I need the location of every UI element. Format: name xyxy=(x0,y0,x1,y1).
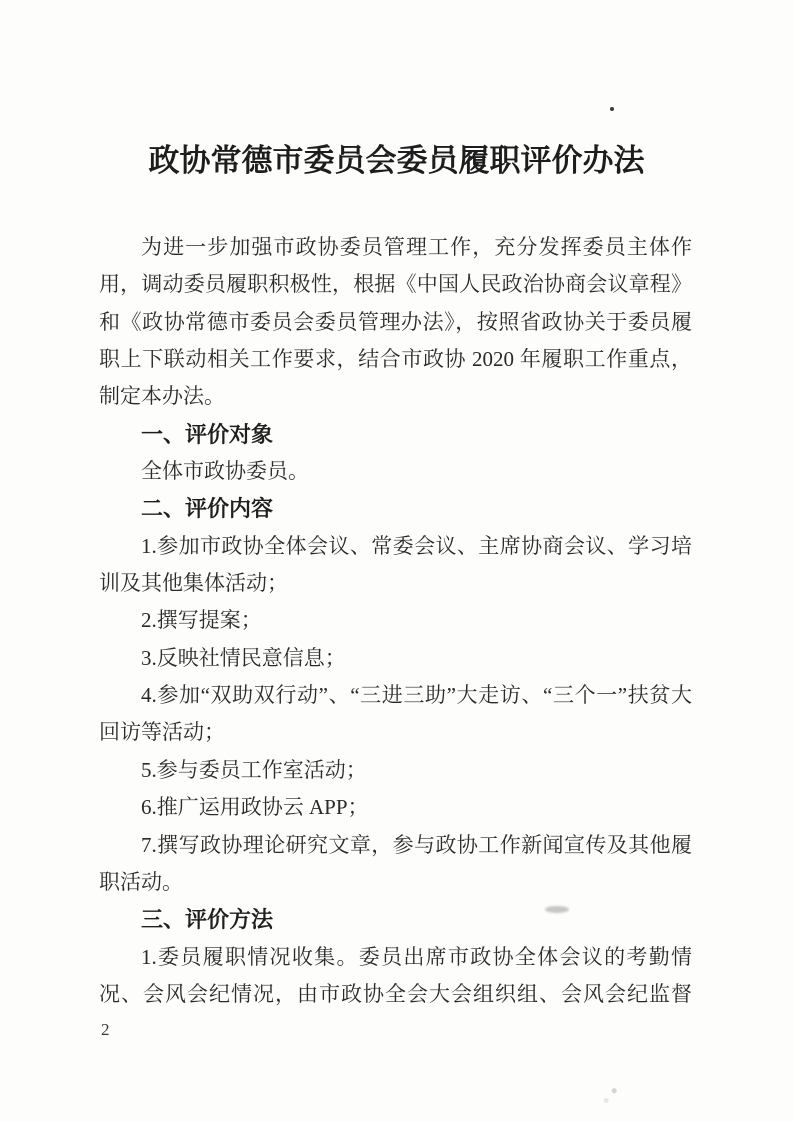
text-line: 全体市政协委员。 xyxy=(99,453,692,490)
document-title: 政协常德市委员会委员履职评价办法 xyxy=(0,139,793,183)
text-line: 为进一步加强市政协委员管理工作，充分发挥委员主体作 xyxy=(99,229,692,266)
scan-faint-mark xyxy=(603,1088,619,1106)
scanned-document-page: 政协常德市委员会委员履职评价办法 为进一步加强市政协委员管理工作，充分发挥委员主… xyxy=(0,0,793,1122)
text-line: 1.委员履职情况收集。委员出席市政协全体会议的考勤情 xyxy=(99,939,692,976)
text-line: 回访等活动； xyxy=(99,714,692,751)
text-line: 职活动。 xyxy=(99,864,692,901)
scan-speck-dot xyxy=(610,107,614,111)
text-line: 1.参加市政协全体会议、常委会议、主席协商会议、学习培 xyxy=(99,528,692,565)
text-line: 4.参加“双助双行动”、“三进三助”大走访、“三个一”扶贫大 xyxy=(99,677,692,714)
text-line: 2.撰写提案； xyxy=(99,602,692,639)
text-line: 职上下联动相关工作要求，结合市政协 2020 年履职工作重点， xyxy=(99,341,692,378)
document-body: 为进一步加强市政协委员管理工作，充分发挥委员主体作用，调动委员履职积极性，根据《… xyxy=(99,229,692,1013)
text-line: 6.推广运用政协云 APP； xyxy=(99,789,692,826)
section-heading: 三、评价方法 xyxy=(99,901,692,938)
page-number: 2 xyxy=(101,1019,110,1041)
text-line: 况、会风会纪情况，由市政协全会大会组织组、会风会纪监督 xyxy=(99,976,692,1013)
text-line: 和《政协常德市委员会委员管理办法》，按照省政协关于委员履 xyxy=(99,304,692,341)
text-line: 制定本办法。 xyxy=(99,378,692,415)
scan-smudge-mark xyxy=(545,906,569,913)
text-line: 训及其他集体活动； xyxy=(99,565,692,602)
text-line: 5.参与委员工作室活动； xyxy=(99,752,692,789)
text-line: 7.撰写政协理论研究文章，参与政协工作新闻宣传及其他履 xyxy=(99,827,692,864)
section-heading: 二、评价内容 xyxy=(99,490,692,527)
text-line: 用，调动委员履职积极性，根据《中国人民政治协商会议章程》 xyxy=(99,266,692,303)
text-line: 3.反映社情民意信息； xyxy=(99,640,692,677)
section-heading: 一、评价对象 xyxy=(99,416,692,453)
